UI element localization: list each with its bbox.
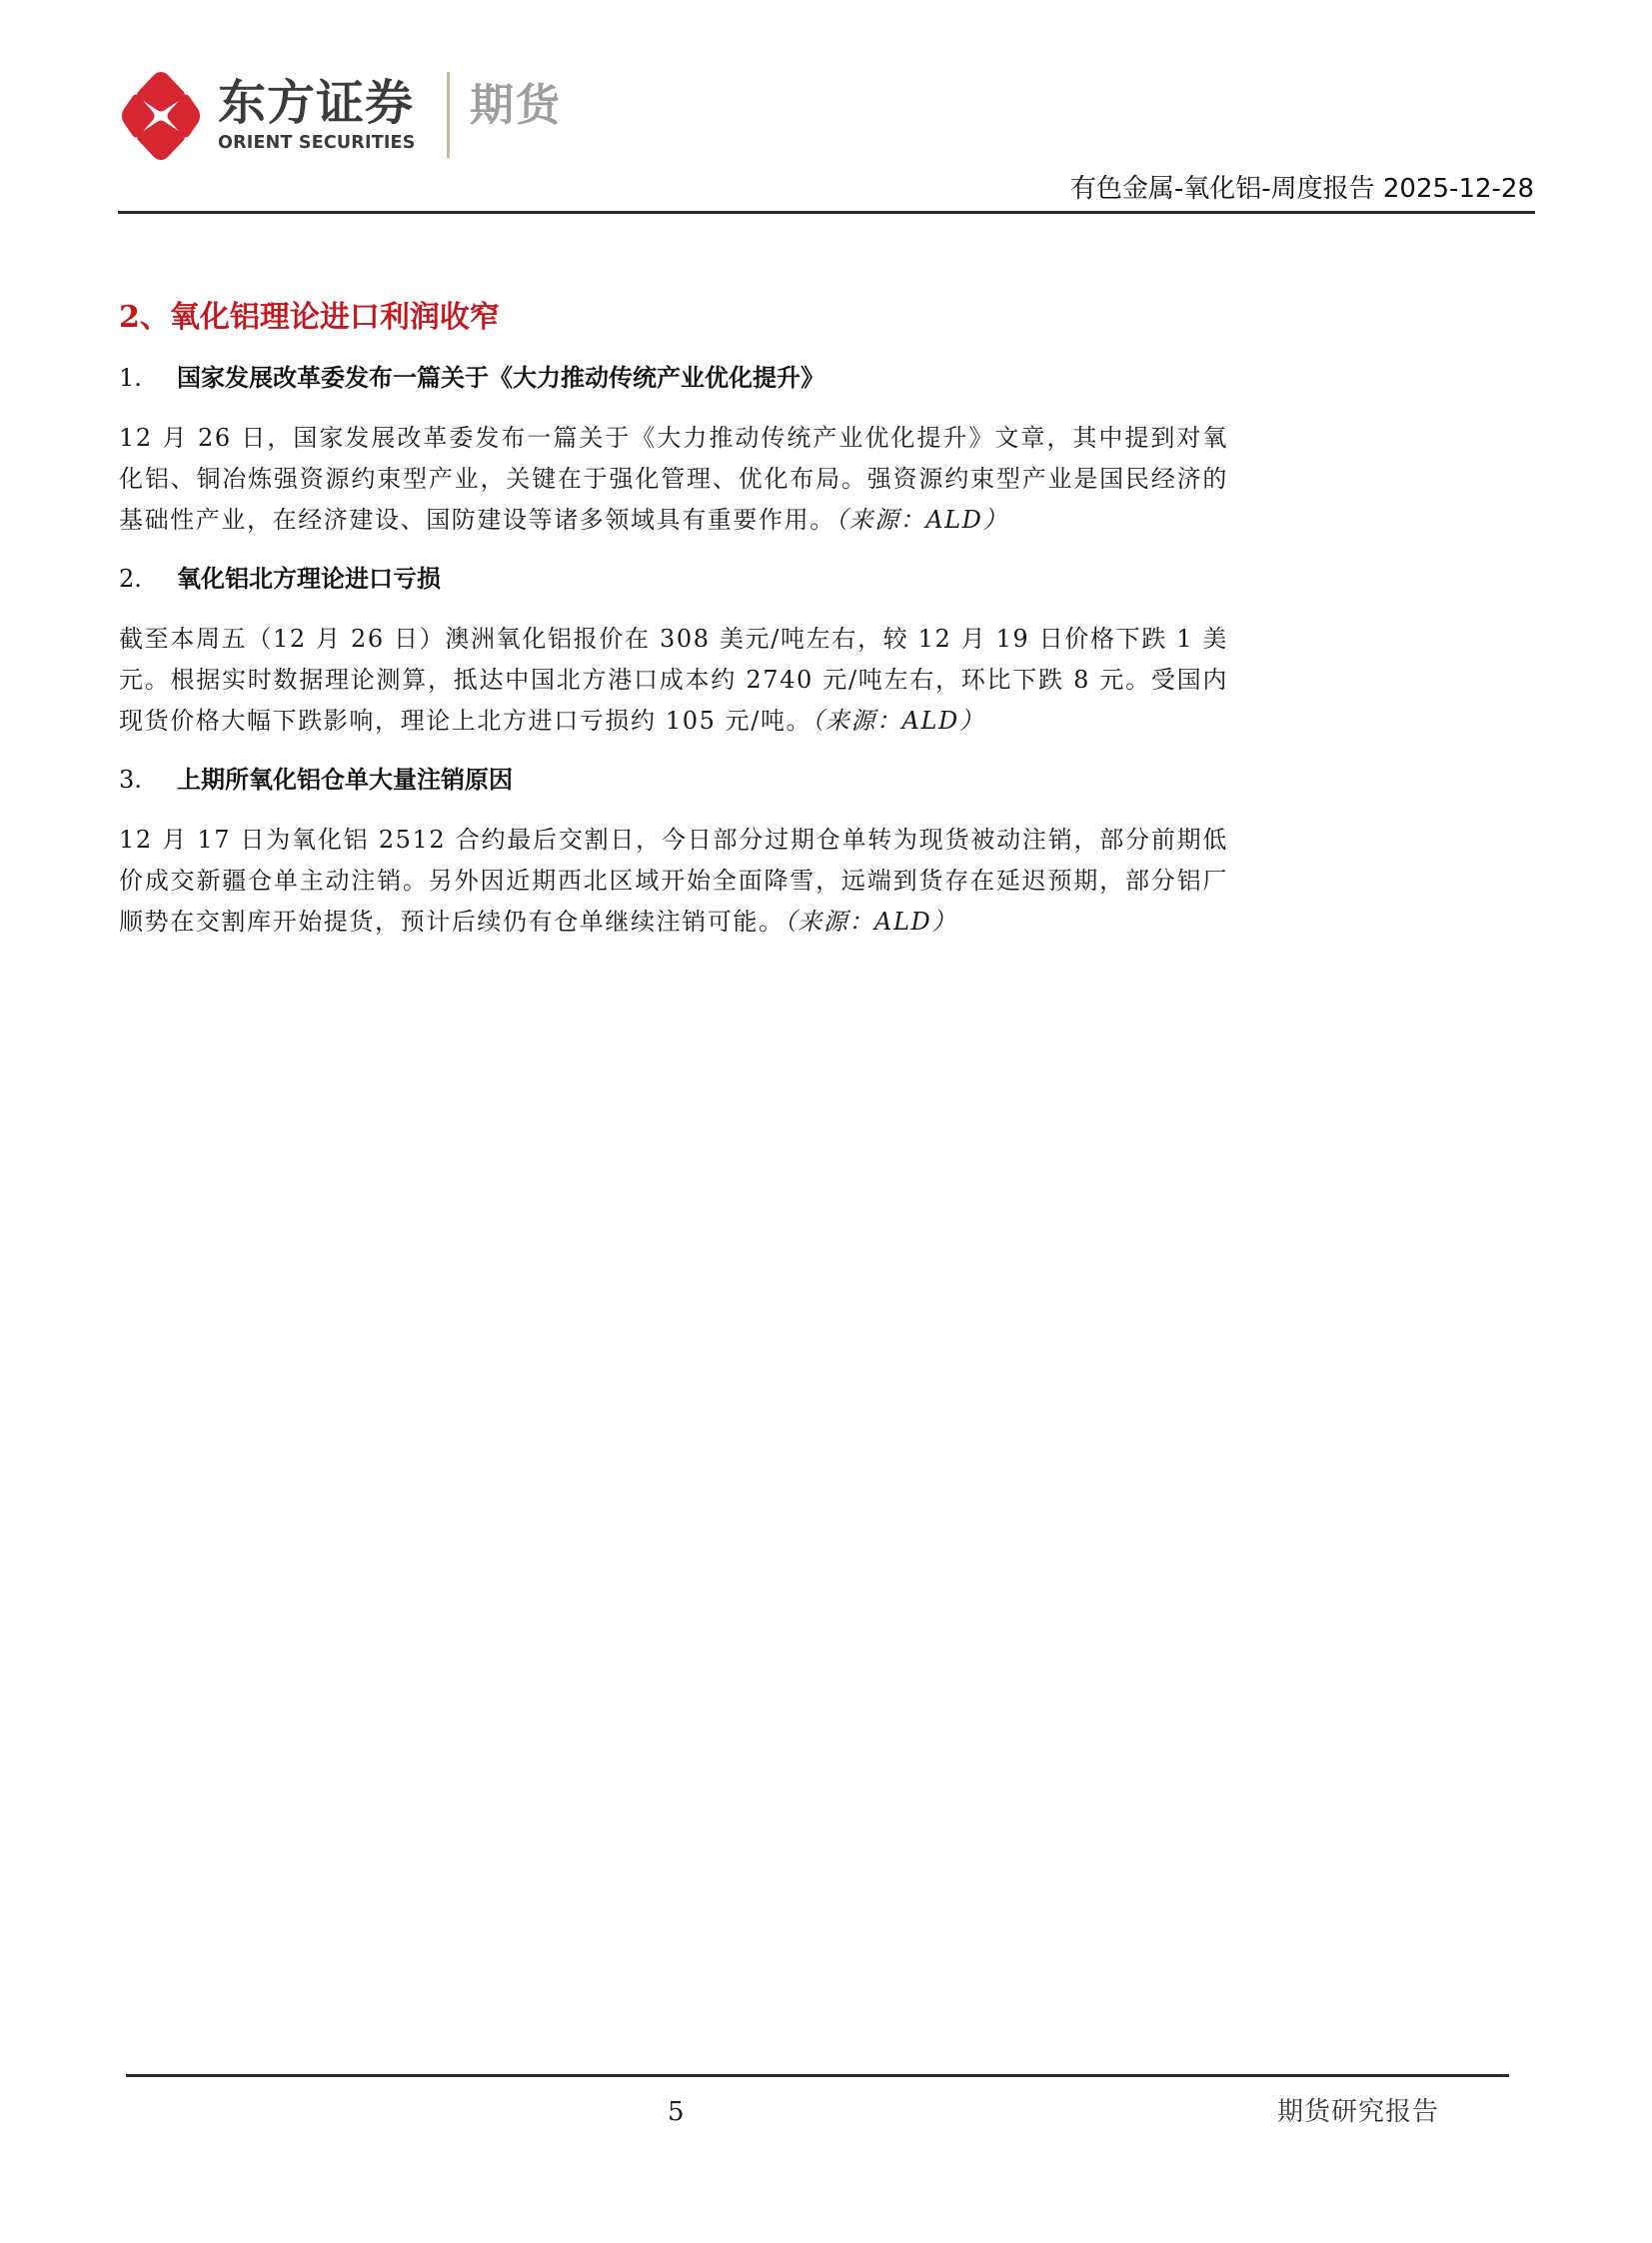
orient-securities-logo-icon [118,68,204,164]
footer-divider [126,2074,1509,2077]
source-citation: （来源：ALD） [835,506,1008,534]
report-content: 2、氧化铝理论进口利润收窄 1. 国家发展改革委发布一篇关于《大力推动传统产业优… [119,296,1228,963]
brand-name-cn: 东方证券 [218,74,414,132]
source-citation: （来源：ALD） [812,707,984,735]
item-heading-text: 氧化铝北方理论进口亏损 [177,561,441,597]
item-number: 2. [119,561,177,597]
page-number: 5 [668,2095,685,2129]
item-number: 1. [119,360,177,396]
footer-label: 期货研究报告 [1277,2095,1439,2129]
brand-name-en: ORIENT SECURITIES [218,132,416,154]
news-item-body: 12 月 17 日为氧化铝 2512 合约最后交割日，今日部分过期仓单转为现货被… [119,820,1228,943]
news-item-heading: 3. 上期所氧化铝仓单大量注销原因 [119,762,1228,798]
news-item-body: 12 月 26 日，国家发展改革委发布一篇关于《大力推动传统产业优化提升》文章，… [119,418,1228,541]
report-header-title: 有色金属-氧化铝-周度报告 2025-12-28 [1070,172,1534,206]
logo-divider [447,72,450,158]
company-logo: 东方证券 ORIENT SECURITIES 期货 [118,68,598,164]
header-divider [118,211,1535,214]
news-item-heading: 2. 氧化铝北方理论进口亏损 [119,561,1228,597]
source-citation: （来源：ALD） [785,908,957,936]
section-title: 2、氧化铝理论进口利润收窄 [119,296,1228,340]
news-item-heading: 1. 国家发展改革委发布一篇关于《大力推动传统产业优化提升》 [119,360,1228,396]
brand-division: 期货 [470,80,562,132]
item-heading-text: 上期所氧化铝仓单大量注销原因 [177,762,513,798]
item-number: 3. [119,762,177,798]
news-item-body: 截至本周五（12 月 26 日）澳洲氧化铝报价在 308 美元/吨左右，较 12… [119,619,1228,742]
body-text: 12 月 17 日为氧化铝 2512 合约最后交割日，今日部分过期仓单转为现货被… [119,826,1228,936]
body-text: 截至本周五（12 月 26 日）澳洲氧化铝报价在 308 美元/吨左右，较 12… [119,625,1228,735]
body-text: 12 月 26 日，国家发展改革委发布一篇关于《大力推动传统产业优化提升》文章，… [119,424,1228,534]
item-heading-text: 国家发展改革委发布一篇关于《大力推动传统产业优化提升》 [177,360,825,396]
